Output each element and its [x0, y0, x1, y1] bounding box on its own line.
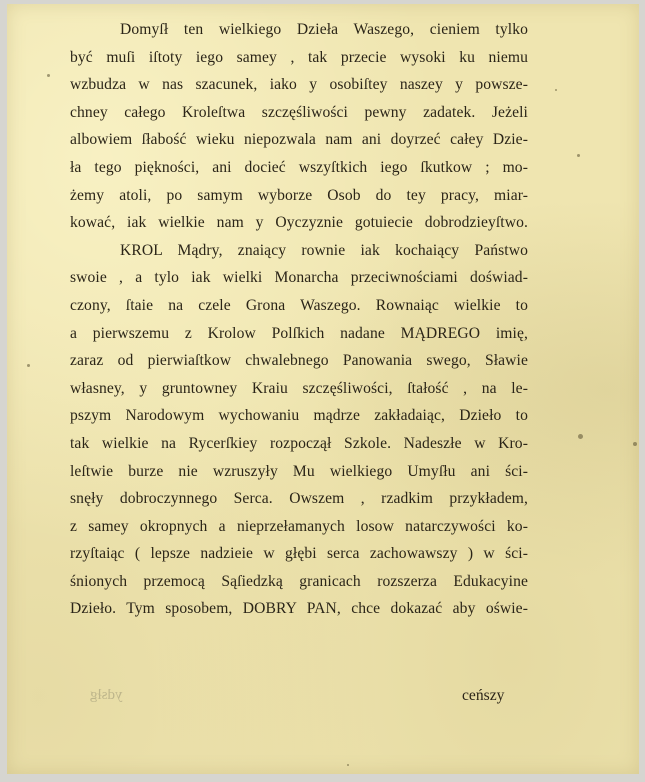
text-line: żemy atoli, po samym wyborze Osob do tey…: [70, 182, 528, 210]
text-line: chney całego Kroleſtwa szczęśliwości pew…: [70, 99, 528, 127]
paper-speck: [577, 154, 580, 157]
book-page: Domyſł ten wielkiego Dzieła Waszego, cie…: [7, 4, 639, 774]
text-line: zaraz od pierwiaſtkow chwalebnego Panowa…: [70, 347, 528, 375]
text-line: leſtwie burze nie wzruszyły Mu wielkiego…: [70, 458, 528, 486]
scan-background: Domyſł ten wielkiego Dzieła Waszego, cie…: [0, 0, 645, 782]
text-line: a pierwszemu z Krolow Polſkich nadane MĄ…: [70, 320, 528, 348]
text-line: rzyſtaiąc ( lepsze nadzieie w głębi serc…: [70, 540, 528, 568]
show-through-text: ydsłg: [90, 687, 123, 704]
text-line: wzbudza w nas szacunek, iako y osobiſtey…: [70, 71, 528, 99]
paper-speck: [555, 89, 557, 91]
text-line: tak wielkie na Rycerſkiey rozpoczął Szko…: [70, 430, 528, 458]
text-line: KROL Mądry, znaiący rownie iak kochaiący…: [70, 237, 528, 265]
text-line: czony, ſtaie na czele Grona Waszego. Row…: [70, 292, 528, 320]
body-text: Domyſł ten wielkiego Dzieła Waszego, cie…: [70, 16, 528, 623]
paper-speck: [347, 764, 349, 766]
text-line: kować, iak wielkie nam y Oyczyznie gotui…: [70, 209, 528, 237]
paper-speck: [578, 434, 583, 439]
text-line: Domyſł ten wielkiego Dzieła Waszego, cie…: [70, 16, 528, 44]
paper-speck: [633, 442, 637, 446]
text-line: śnionych przemocą Sąſiedzką granicach ro…: [70, 568, 528, 596]
catchword: ceńszy: [462, 687, 504, 705]
text-line: swoie , a tylo iak wielki Monarcha przec…: [70, 264, 528, 292]
text-line: z samey okropnych a nieprzełamanych loso…: [70, 513, 528, 541]
paper-speck: [47, 74, 50, 77]
text-line: pszym Narodowym wychowaniu mądrze zakład…: [70, 402, 528, 430]
text-line: Dzieło. Tym sposobem, DOBRY PAN, chce do…: [70, 595, 528, 623]
text-line: albowiem ſłabość wieku niepozwala nam an…: [70, 126, 528, 154]
text-line: być muſi iſtoty iego samey , tak przecie…: [70, 44, 528, 72]
text-line: własney, y gruntowney Kraiu szczęśliwośc…: [70, 375, 528, 403]
paper-speck: [27, 364, 30, 367]
text-line: snęły dobroczynnego Serca. Owszem , rzad…: [70, 485, 528, 513]
text-line: ła tego piękności, ani docieć wszyſtkich…: [70, 154, 528, 182]
